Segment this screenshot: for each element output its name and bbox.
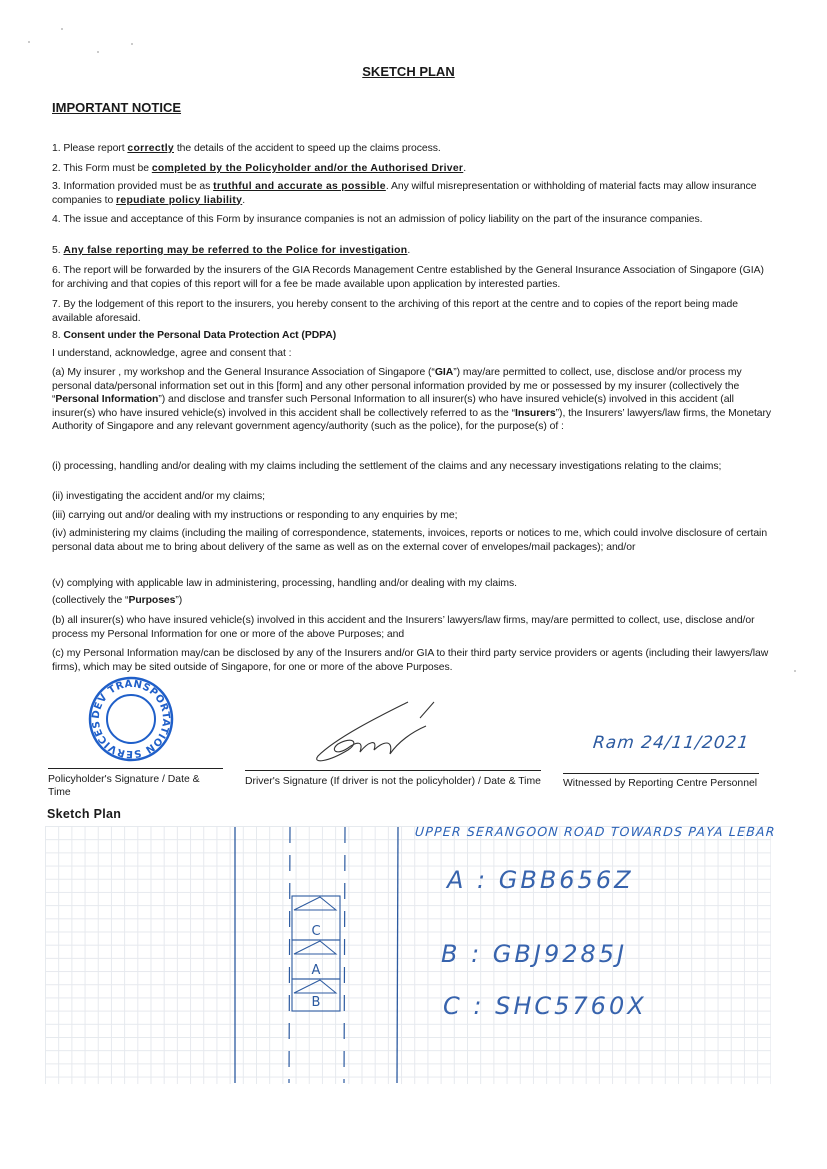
clause-term: Purposes <box>128 595 175 606</box>
witness-signature-label: Witnessed by Reporting Centre Personnel <box>563 777 759 790</box>
notice-emphasis: repudiate policy liability <box>116 195 242 206</box>
windscreen-icon <box>294 897 336 910</box>
notice-emphasis: correctly <box>127 143 174 154</box>
driver-signature-line <box>245 770 541 771</box>
clause-b: (b) all insurer(s) who have insured vehi… <box>52 614 772 641</box>
witness-signature-line <box>563 773 759 774</box>
scan-artifact <box>794 670 796 672</box>
driver-signature <box>308 698 448 768</box>
scan-artifact <box>131 43 133 45</box>
notice-2: 2. This Form must be completed by the Po… <box>52 162 772 176</box>
notice-7: 7. By the lodgement of this report to th… <box>52 298 772 325</box>
clause-term: GIA <box>435 367 453 378</box>
road-caption: UPPER SERANGOON ROAD TOWARDS PAYA LEBAR <box>414 824 776 839</box>
notice-emphasis: Consent under the Personal Data Protecti… <box>63 330 336 341</box>
notice-5: 5. Any false reporting may be referred t… <box>52 244 772 258</box>
notice-emphasis: completed by the Policyholder and/or the… <box>152 163 463 174</box>
purposes-definition: (collectively the “Purposes”) <box>52 594 772 608</box>
notice-text: the details of the accident to speed up … <box>174 143 441 154</box>
notice-4: 4. The issue and acceptance of this Form… <box>52 213 772 227</box>
notice-text: . <box>242 195 245 206</box>
notice-emphasis: truthful and accurate as possible <box>213 181 386 192</box>
notice-text: . <box>407 245 410 256</box>
windscreen-icon <box>294 980 336 993</box>
clause-text: ”) <box>175 595 182 606</box>
clause-term: Personal Information <box>55 394 158 405</box>
clause-text: (a) My insurer , my workshop and the Gen… <box>52 367 435 378</box>
scan-artifact <box>97 51 99 53</box>
clause-term: Insurers <box>515 408 556 419</box>
notice-text: 5. <box>52 245 63 256</box>
clause-a: (a) My insurer , my workshop and the Gen… <box>52 366 772 434</box>
notice-6: 6. The report will be forwarded by the i… <box>52 264 772 291</box>
scan-artifact <box>28 41 30 43</box>
scan-artifact <box>61 28 63 30</box>
vehicle-plate-c: C : SHC5760X <box>443 992 647 1020</box>
vehicle-label: C <box>311 924 320 939</box>
company-stamp: DEV TRANSPORTATION SERVICES • <box>88 676 174 762</box>
purpose-v: (v) complying with applicable law in adm… <box>52 577 772 591</box>
consent-intro: I understand, acknowledge, agree and con… <box>52 347 772 361</box>
important-notice-heading: IMPORTANT NOTICE <box>52 100 181 115</box>
notice-text: 3. Information provided must be as <box>52 181 213 192</box>
policyholder-signature-label: Policyholder's Signature / Date & Time <box>48 773 223 799</box>
purpose-iv: (iv) administering my claims (including … <box>52 527 772 554</box>
document-title: SKETCH PLAN <box>0 64 817 79</box>
notice-8: 8. Consent under the Personal Data Prote… <box>52 329 772 343</box>
clause-c: (c) my Personal Information may/can be d… <box>52 647 772 674</box>
notice-3: 3. Information provided must be as truth… <box>52 180 772 207</box>
notice-text: 2. This Form must be <box>52 163 152 174</box>
sketch-plan-heading: Sketch Plan <box>47 807 121 821</box>
vehicle-label: B <box>312 995 321 1010</box>
vehicle-plate-b: B : GBJ9285J <box>441 940 627 968</box>
notice-text: 1. Please report <box>52 143 127 154</box>
witness-signature-date: Ram 24/11/2021 <box>592 733 750 753</box>
clause-text: (collectively the “ <box>52 595 128 606</box>
notice-text: 8. <box>52 330 63 341</box>
notice-1: 1. Please report correctly the details o… <box>52 142 772 156</box>
purpose-ii: (ii) investigating the accident and/or m… <box>52 490 772 504</box>
purpose-i: (i) processing, handling and/or dealing … <box>52 460 772 474</box>
vehicle-label: A <box>312 963 321 978</box>
vehicle-plate-a: A : GBB656Z <box>447 866 634 894</box>
road-sketch: CAB <box>230 825 420 1095</box>
policyholder-signature-line <box>48 768 223 769</box>
windscreen-icon <box>294 941 336 954</box>
purpose-iii: (iii) carrying out and/or dealing with m… <box>52 509 772 523</box>
notice-emphasis: Any false reporting may be referred to t… <box>63 245 407 256</box>
notice-text: . <box>463 163 466 174</box>
driver-signature-label: Driver's Signature (If driver is not the… <box>245 775 545 788</box>
